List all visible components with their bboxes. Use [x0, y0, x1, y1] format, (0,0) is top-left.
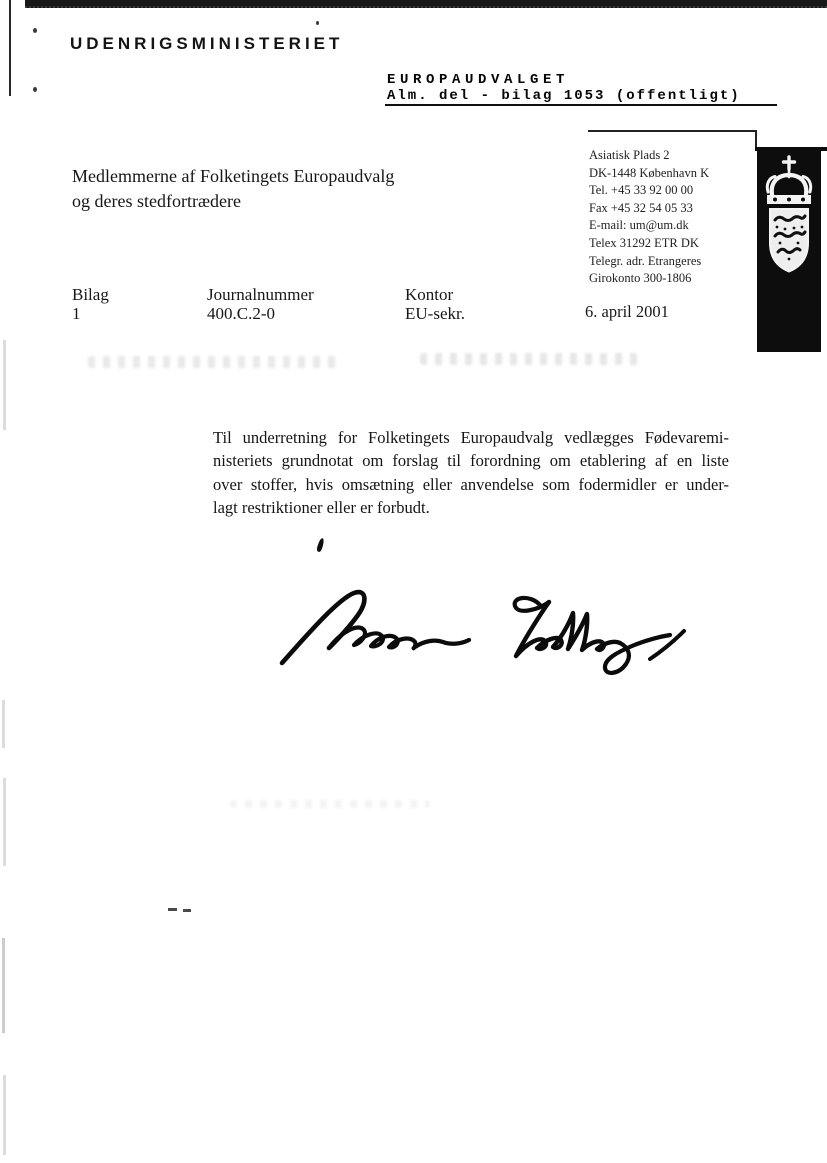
scan-smudge [420, 353, 640, 365]
scan-speck [316, 21, 319, 25]
scanned-letter-page: UDENRIGSMINISTERIET EUROPAUDVALGET Alm. … [0, 0, 827, 1163]
body-line: over stoffer, hvis omsætning eller anven… [213, 473, 729, 496]
recipient-line: og deres stedfortrædere [72, 189, 394, 214]
scan-left-edge-segment [3, 340, 6, 430]
body-line: Til underretning for Folketingets Europa… [213, 426, 729, 449]
margin-dash-mark [183, 909, 191, 912]
body-line: nisteriets grundnotat om forslag til for… [213, 449, 729, 472]
committee-stamp-reference: Alm. del - bilag 1053 (offentligt) [387, 88, 741, 104]
scan-left-edge-line [9, 0, 11, 96]
scan-left-edge-segment [3, 778, 6, 866]
body-paragraph: Til underretning for Folketingets Europa… [213, 426, 729, 520]
scan-left-edge-segment [2, 700, 5, 748]
contact-line-telex: Telex 31292 ETR DK [589, 235, 709, 253]
kontor-label: Kontor [405, 285, 453, 305]
scan-smudge [230, 800, 430, 808]
danish-royal-coat-of-arms-icon [757, 150, 821, 352]
contact-line-tel: Tel. +45 33 92 00 00 [589, 182, 709, 200]
scan-speck [33, 87, 37, 92]
committee-stamp-underline [385, 104, 777, 106]
margin-dash-mark [168, 908, 177, 911]
bilag-value: 1 [72, 304, 81, 324]
contact-block-rule [588, 130, 756, 132]
pen-mark [316, 538, 325, 553]
committee-stamp-title: EUROPAUDVALGET [387, 72, 569, 88]
recipient-block: Medlemmerne af Folketingets Europaudvalg… [72, 164, 394, 214]
journalnummer-label: Journalnummer [207, 285, 314, 305]
contact-line-city: DK-1448 København K [589, 165, 709, 183]
contact-line-fax: Fax +45 32 54 05 33 [589, 200, 709, 218]
journalnummer-value: 400.C.2-0 [207, 304, 275, 324]
scan-top-edge-artifact [25, 0, 827, 8]
contact-line-address: Asiatisk Plads 2 [589, 147, 709, 165]
scan-smudge [88, 356, 338, 368]
ministry-header: UDENRIGSMINISTERIET [70, 34, 343, 54]
contact-line-telegram: Telegr. adr. Etrangeres [589, 253, 709, 271]
kontor-value: EU-sekr. [405, 304, 465, 324]
document-date: 6. april 2001 [585, 302, 669, 322]
scan-left-edge-segment [3, 1075, 6, 1155]
contact-line-email: E-mail: um@um.dk [589, 217, 709, 235]
body-line: lagt restriktioner eller er forbudt. [213, 496, 729, 519]
contact-line-giro: Girokonto 300-1806 [589, 270, 709, 288]
scan-left-edge-segment [2, 938, 5, 1033]
scan-speck [33, 28, 37, 33]
handwritten-signature [272, 585, 692, 680]
recipient-line: Medlemmerne af Folketingets Europaudvalg [72, 164, 394, 189]
contact-block: Asiatisk Plads 2 DK-1448 København K Tel… [589, 147, 709, 288]
bilag-label: Bilag [72, 285, 109, 305]
